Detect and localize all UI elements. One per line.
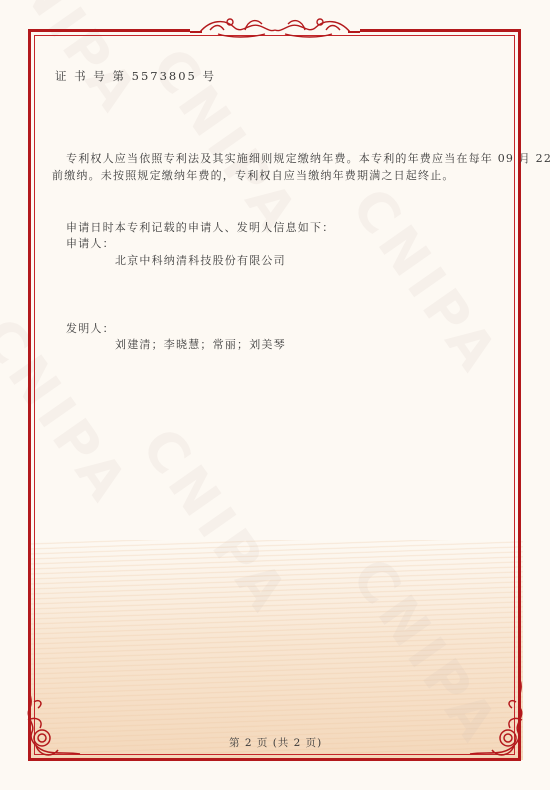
corner-ornament-icon [22,680,82,760]
corner-ornament-icon [468,680,528,760]
page-indicator: 第 2 页 (共 2 页) [229,735,322,750]
annual-fee-notice-line2: 前缴纳。未按照规定缴纳年费的，专利权自应当缴纳年费期满之日起终止。 [52,167,455,183]
record-intro: 申请日时本专利记载的申请人、发明人信息如下： [66,219,334,235]
frame-border-inner [34,35,515,755]
applicant-label: 申请人： [66,235,115,251]
certificate-number: 证 书 号 第 5573805 号 [55,68,216,84]
certificate-page: CNIPA CNIPA CNIPA CNIPA CNIPA CNIPA [0,0,550,790]
inventor-label: 发明人： [66,320,115,336]
top-ornament-icon [190,10,360,42]
applicant-name: 北京中科纳清科技股份有限公司 [115,252,286,268]
annual-fee-notice-line1: 专利权人应当依照专利法及其实施细则规定缴纳年费。本专利的年费应当在每年 09 月… [66,150,550,166]
inventor-names: 刘建清；李晓慧；常丽；刘美琴 [115,336,286,352]
